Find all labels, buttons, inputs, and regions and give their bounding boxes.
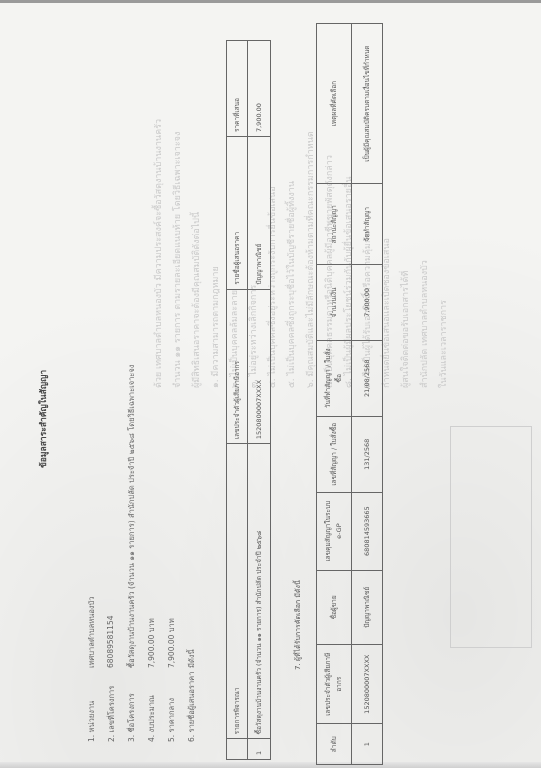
table-cell: 1520800007XXXX (352, 645, 383, 724)
ghost-line: ผู้สนใจติดต่อขอรับเอกสารได้ที่ (397, 119, 416, 388)
column-header: รายการพิจารณา (227, 444, 248, 739)
ghost-line: ในวันและเวลาราชการ (435, 119, 454, 388)
rotated-document-page: ด้วย เทศบาลตำบลหนองบัว มีความประสงค์จะซื… (0, 0, 541, 768)
table-cell: 7,900.00 (248, 41, 271, 137)
column-header: เลขประจำตัวผู้เสียภาษีอากร (317, 645, 352, 724)
table-row: 11520800007XXXXปัญญาพาณิชย์6808145936651… (352, 24, 383, 765)
field-value: 68089581154 (106, 616, 115, 669)
table-cell: 1 (352, 724, 383, 765)
table-cell: 7,900.00 (352, 265, 383, 340)
column-header: เลขที่สัญญา / ใบสั่งซื้อ (317, 417, 352, 493)
column-header: ราคาที่เสนอ (227, 41, 248, 137)
table-cell: เป็นผู้มีคุณสมบัติครบตามเงื่อนไขที่กำหนด (352, 24, 383, 184)
table-cell: 21/08/2568 (352, 340, 383, 416)
document-title: ข้อมูลสาระสำคัญในสัญญา (36, 370, 50, 468)
section-7-label: 7. ผู้ที่ได้รับการคัดเลือก มีดังนี้ (293, 580, 304, 670)
column-header: เหตุผลที่คัดเลือก (317, 24, 352, 184)
table-row: 1ซื้อวัสดุงานบ้านงานครัว (จำนวน ๑๑ รายกา… (248, 41, 271, 760)
field-label: 2. เลขที่โครงการ (106, 686, 118, 742)
winners-table: ลำดับเลขประจำตัวผู้เสียภาษีอากรชื่อผู้ขา… (316, 23, 383, 765)
column-header: เลขคุมสัญญาในระบบ e-GP (317, 492, 352, 570)
column-header: จำนวนเงิน (317, 265, 352, 340)
ghost-line: ด้วย เทศบาลตำบลหนองบัว มีความประสงค์จะซื… (150, 119, 169, 388)
column-header: สถานะสัญญา (317, 184, 352, 265)
field-value: 7,900.00 บาท (146, 618, 158, 668)
ghost-line: จำนวน ๑๑ รายการ ตามรายละเอียดแนบท้าย โดย… (169, 119, 188, 388)
column-header: ชื่อผู้ขาย (317, 570, 352, 644)
bidders-table: รายการพิจารณาเลขประจำตัวผู้เสียภาษีอากรร… (226, 40, 271, 760)
field-label: 3. ชื่อโครงการ (126, 693, 138, 742)
field-label: 5. ราคากลาง (166, 698, 178, 742)
table-cell: ปัญญาพาณิชย์ (352, 570, 383, 644)
ghost-line: สำนักปลัด เทศบาลตำบลหนองบัว (416, 119, 435, 388)
field-label: 4. งบประมาณ (146, 695, 158, 742)
column-header: ลำดับ (317, 724, 352, 765)
column-header: รายชื่อผู้เสนอราคา (227, 137, 248, 290)
column-header: วันที่ทำสัญญา / ใบสั่งซื้อ (317, 340, 352, 416)
field-value: มีดังนี้ (186, 649, 198, 668)
table-cell: 680814593665 (352, 492, 383, 570)
field-value: ซื้อวัสดุงานบ้านงานครัว (จำนวน ๑๑ รายการ… (126, 365, 138, 668)
table-cell: 1520800007XXXX (248, 289, 271, 443)
field-label: 6. รายชื่อผู้เสนอราคา (186, 672, 198, 742)
table-cell: ปัญญาพาณิชย์ (248, 137, 271, 290)
table-cell: 1 (248, 739, 271, 760)
faint-box (450, 426, 532, 648)
table-cell: จัดทำสัญญา (352, 184, 383, 265)
ghost-line: ๑. มีความสามารถตามกฎหมาย (207, 119, 226, 388)
ghost-line: ผู้มีสิทธิเสนอราคาจะต้องมีคุณสมบัติดังต่… (188, 119, 207, 388)
column-header: เลขประจำตัวผู้เสียภาษีอากร (227, 289, 248, 443)
table-cell: ซื้อวัสดุงานบ้านงานครัว (จำนวน ๑๑ รายการ… (248, 444, 271, 739)
field-value: เทศบาลตำบลหนองบัว (86, 597, 98, 668)
bleed-through-text: ด้วย เทศบาลตำบลหนองบัว มีความประสงค์จะซื… (150, 119, 454, 388)
field-label: 1. หน่วยงาน (86, 701, 98, 742)
field-value: 7,900.00 บาท (166, 618, 178, 668)
table-cell: 131/2568 (352, 417, 383, 493)
column-header (227, 739, 248, 760)
ghost-line: ๕. ไม่เป็นบุคคลซึ่งถูกระบุชื่อไว้ในบัญชี… (283, 119, 302, 388)
